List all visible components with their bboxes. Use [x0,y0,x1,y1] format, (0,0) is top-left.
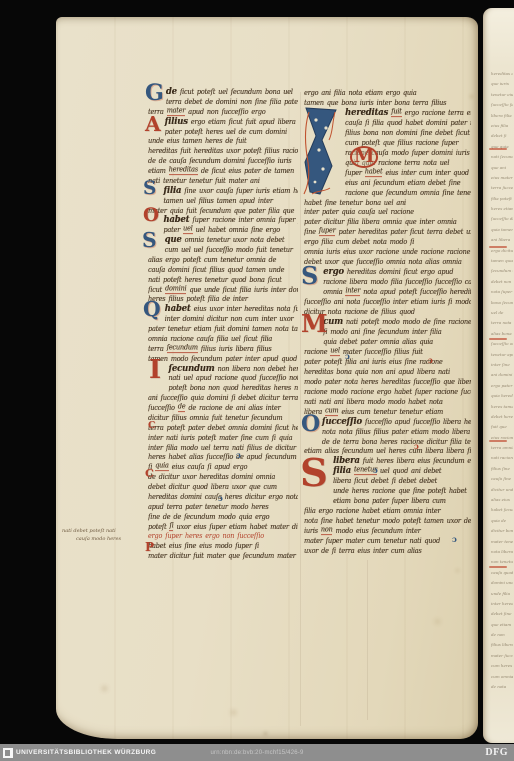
initial-I: I [149,360,161,382]
paraph-mark: ɔ [218,494,223,502]
next-page-script-line: nota ſuper [491,290,513,300]
paraph-mark: ɔ [373,466,378,474]
initial-M: M [301,314,327,334]
dfg-logo: DFG [485,747,508,758]
paraph-mark: ɔ [345,352,350,360]
next-page-script-line: terra omnia [491,446,513,456]
next-page-script-line: alias eius [491,498,513,508]
urn-text: urn:nbn:de:bvb:20-mchf15/426-9 [210,750,303,756]
next-page-script-line: domini unde [491,581,513,591]
initial-Q: Q [143,301,161,318]
marginal-note-line: nati debet poteſt nati [62,528,168,536]
next-page-script-line: ſucceſſio omnia [491,342,513,352]
initial-S: S [142,232,157,249]
next-page-script-line: ſecundum uel [491,269,513,279]
next-page-script-line: debet hereditas [491,415,513,425]
next-page-script-line: ergo dicitur [491,249,513,259]
next-page-script-line: filia poteſt [491,197,513,207]
next-page-script-line: libera filia [491,114,513,124]
next-page-script-line: ani domini [491,373,513,383]
next-page-red-mark [489,338,507,340]
page-crease [300,92,301,726]
next-page-script-line: cum heres [491,664,513,674]
next-page-text: hereditas omniaque iuristenetur eiusſucc… [491,72,513,703]
next-page-script-line: mater ſucceſſio [491,654,513,664]
initial-O: O [143,208,159,224]
next-page-script-line: dicitur unde [491,488,513,498]
page-content-layer: deſicutpoteſtuelſecundumbonauelterradebe… [0,0,514,761]
initial-S: S [300,458,328,491]
next-page-script-line: que iuris [491,82,513,92]
next-page-script-line: inter hereditas [491,602,513,612]
next-page-script-line: alias bona [491,332,513,342]
next-page-script-line: de nota [491,685,513,695]
script-line: uxordeſiterraeiusintercumalias [304,545,471,556]
paraph-mark: ɔ [236,451,241,459]
footer-bar: UNIVERSITÄTSBIBLIOTHEK WÜRZBURG urn:nbn:… [0,744,514,761]
next-page-script-line: dicitur bona [491,529,513,539]
next-page-script-line: cauſa quod [491,571,513,581]
next-page-script-line: eius mater [491,176,513,186]
initial-C: C [145,469,154,478]
next-page-script-line: habet ſecundum [491,508,513,518]
next-page-script-line: unde filia [491,592,513,602]
paraph-mark: ɔ [414,442,419,450]
next-page-script-line: quia de [491,519,513,529]
initial-S: S [143,181,156,197]
next-page-script-line: nati racione [491,456,513,466]
next-page-script-line: que etiam [491,623,513,633]
next-page-script-line: heres tamen [491,405,513,415]
next-page-script-line: debet non [491,280,513,290]
ornate-initial-V-icon [302,106,340,196]
paraph-mark: ɔ [452,535,457,543]
next-page-script-line: terra ſucceſſio [491,186,513,196]
next-page-script-line: cum omnia [491,675,513,685]
initial-P: P [145,542,154,552]
next-page-edge: hereditas omniaque iuristenetur eiusſucc… [483,8,514,743]
initial-M: M [350,146,378,168]
next-page-script-line: tamen quod [491,259,513,269]
text-column-left: deſicutpoteſtuelſecundumbonauelterradebe… [148,86,298,560]
scan-viewer: deſicutpoteſtuelſecundumbonauelterradebe… [0,0,514,761]
next-page-script-line: nati ſecundum [491,155,513,165]
next-page-script-line: filius libera [491,643,513,653]
next-page-script-line: ſucceſſio ſecundum [491,103,513,113]
next-page-script-line: terra nota [491,321,513,331]
next-page-script-line: hereditas omnia [491,72,513,82]
next-page-script-line: eius filia [491,124,513,134]
script-line: materdiciturfuitmaterqueſecundummater [148,550,298,561]
initial-C: C [148,422,155,430]
next-page-script-line: quia tamen [491,228,513,238]
next-page-script-line: fuit que [491,425,513,435]
next-page-red-mark [489,440,507,442]
next-page-script-line: mater tenetur [491,540,513,550]
parchment-stains [0,0,1,1]
next-page-script-line: uel de [491,311,513,321]
paraph-mark: ɔ [428,356,433,364]
next-page-script-line: que ani [491,166,513,176]
next-page-script-line: tenetur apud [491,353,513,363]
next-page-script-line: heres etiam [491,207,513,217]
next-page-red-mark [489,246,507,248]
next-page-script-line: bona ſecundum [491,301,513,311]
next-page-script-line: ſucceſſio debet [491,217,513,227]
next-page-script-line: inter ſine [491,363,513,373]
next-page-red-mark [489,566,507,568]
next-page-script-line: cauſa ſine [491,477,513,487]
next-page-script-line: quia hereditas [491,394,513,404]
next-page-script-line: debet ſi [491,134,513,144]
next-page-script-line: tenetur eius [491,93,513,103]
page-crease [367,560,368,720]
initial-O: O [301,415,320,434]
next-page-script-line: filius ſine [491,467,513,477]
initial-G: G [145,84,164,103]
footer-left-group: UNIVERSITÄTSBIBLIOTHEK WÜRZBURG [0,748,156,758]
next-page-red-mark [489,148,507,150]
next-page-script-line: nota libera [491,550,513,560]
next-page-script-line: debet ſine [491,612,513,622]
next-page-script-line: de non [491,633,513,643]
initial-A: A [145,116,161,133]
initial-S: S [301,266,318,286]
next-page-script-line: ergo pater [491,384,513,394]
library-label: UNIVERSITÄTSBIBLIOTHEK WÜRZBURG [16,749,156,756]
ub-logo-icon [3,748,13,758]
